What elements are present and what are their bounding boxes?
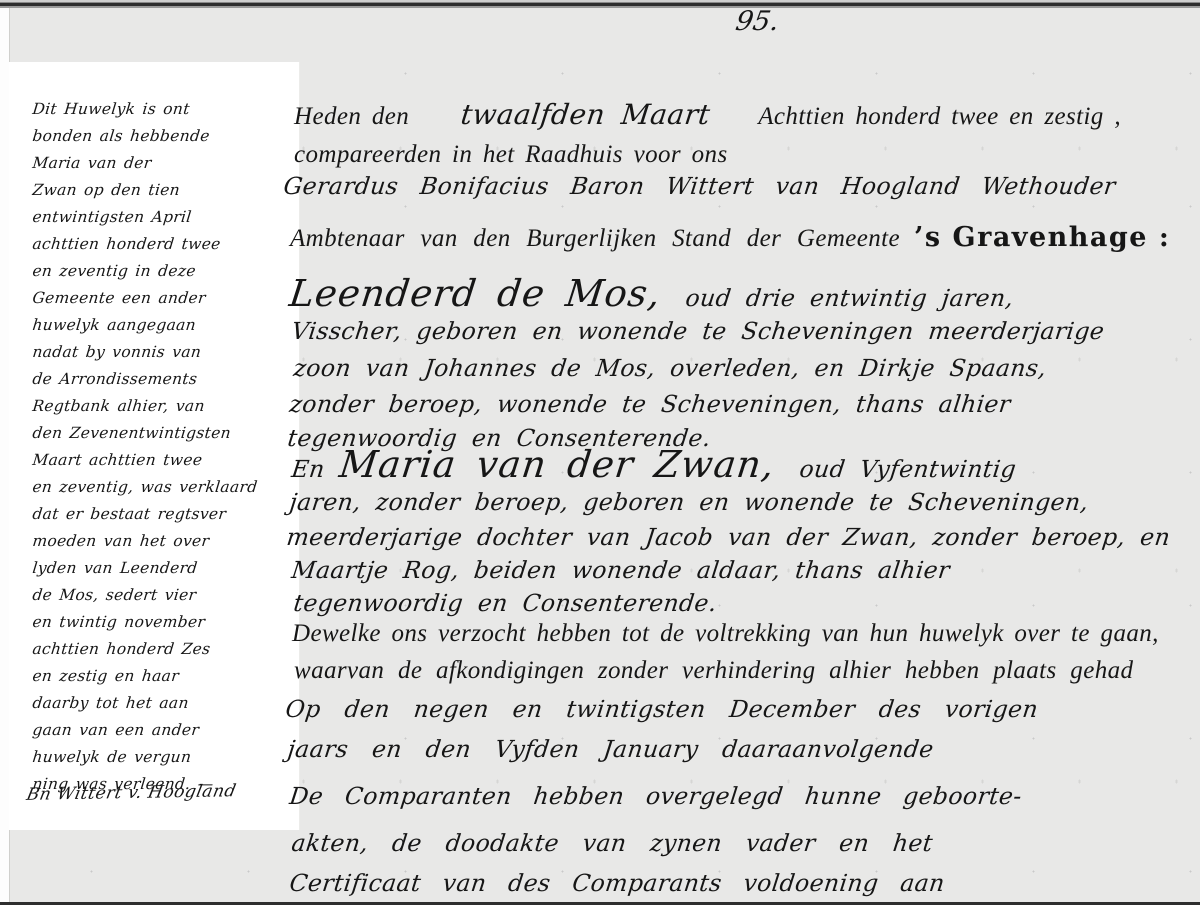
margin-note-line: en twintig november [31, 609, 294, 636]
banns-date-line: Op den negen en twintigsten December des… [284, 695, 1036, 723]
bride-detail-line: tegenwoordig en Consenterende. [292, 589, 715, 617]
margin-note-line: huwelyk aangegaan [31, 312, 294, 339]
bride-name-line: En Maria van der Zwan, oud Vyfentwintig [290, 443, 1014, 486]
margin-note-line: lyden van Leenderd [31, 555, 294, 582]
margin-note: Dit Huwelyk is ontbonden als hebbendeMar… [31, 96, 291, 798]
margin-note-paper: Dit Huwelyk is ontbonden als hebbendeMar… [9, 62, 300, 830]
groom-detail-line: Visscher, geboren en wonende te Scheveni… [290, 317, 1103, 345]
groom-detail-line: zonder beroep, wonende te Scheveningen, … [288, 390, 1009, 418]
printed-year: Achttien honderd twee en zestig , [758, 103, 1121, 131]
margin-note-line: Maria van der [31, 150, 294, 177]
margin-note-line: en zestig en haar [31, 663, 294, 690]
municipality-name: ’s Gravenhage : [914, 222, 1170, 253]
margin-note-line: nadat by vonnis van [31, 339, 294, 366]
margin-note-line: Gemeente een ander [31, 285, 294, 312]
scanned-marriage-record: 95. Dit Huwelyk is ontbonden als hebbend… [0, 0, 1200, 905]
margin-note-line: Dit Huwelyk is ont [31, 96, 294, 123]
documents-line: akten, de doodakte van zynen vader en he… [290, 829, 931, 857]
documents-line: De Comparanten hebben overgelegd hunne g… [288, 782, 1020, 810]
margin-note-line: huwelyk de vergun [31, 744, 294, 771]
margin-note-line: bonden als hebbende [31, 123, 294, 150]
request-printed-line: waarvan de afkondigingen zonder verhinde… [294, 657, 1133, 685]
bride-prefix: En [290, 455, 327, 483]
request-printed-line: Dewelke ons verzocht hebben tot de voltr… [292, 620, 1159, 648]
margin-note-line: Zwan op den tien [31, 177, 294, 204]
groom-name: Leenderd de Mos, [287, 272, 663, 315]
bride-age: oud Vyfentwintig [798, 455, 1018, 483]
margin-note-line: de Arrondissements [31, 366, 294, 393]
margin-note-line: den Zevenentwintigsten [31, 420, 294, 447]
margin-note-line: en zeventig, was verklaard [31, 474, 294, 501]
official-title: Ambtenaar van den Burgerlijken Stand der… [290, 225, 900, 253]
documents-line: Certificaat van des Comparants voldoenin… [288, 869, 943, 897]
bride-detail-line: jaren, zonder beroep, geboren en wonende… [288, 488, 1087, 516]
groom-age: oud drie entwintig jaren, [684, 284, 1015, 312]
margin-note-line: en zeventig in deze [31, 258, 294, 285]
margin-note-line: dat er bestaat regtsver [31, 501, 294, 528]
margin-note-line: achttien honderd Zes [31, 636, 294, 663]
margin-note-line: daarby tot het aan [31, 690, 294, 717]
banns-date-line: jaars en den Vyfden January daaraanvolge… [286, 735, 932, 763]
printed-heden-den: Heden den [294, 103, 409, 131]
official-title-line: Ambtenaar van den Burgerlijken Stand der… [290, 222, 1170, 253]
margin-note-line: achttien honderd twee [31, 231, 294, 258]
act-opening-line2: compareerden in het Raadhuis voor ons [294, 141, 728, 169]
page-number: 95. [734, 8, 782, 35]
act-opening-line1: Heden den twaalfden Maart Achttien honde… [294, 98, 1121, 131]
scan-top-edge [0, 0, 1200, 8]
margin-note-line: Regtbank alhier, van [31, 393, 294, 420]
margin-note-line: moeden van het over [31, 528, 294, 555]
bride-name: Maria van der Zwan, [337, 443, 777, 486]
groom-name-line: Leenderd de Mos, oud drie entwintig jare… [287, 272, 1012, 315]
bride-detail-line: Maartje Rog, beiden wonende aldaar, than… [290, 556, 948, 584]
official-name: Gerardus Bonifacius Baron Wittert van Ho… [282, 172, 1117, 200]
margin-note-line: entwintigsten April [31, 204, 294, 231]
margin-note-line: Maart achttien twee [31, 447, 294, 474]
margin-note-signature: Bn Wittert v. Hoogland [25, 783, 238, 804]
bride-detail-line: meerderjarige dochter van Jacob van der … [285, 523, 1169, 551]
groom-detail-line: zoon van Johannes de Mos, overleden, en … [292, 354, 1045, 382]
official-name-line: Gerardus Bonifacius Baron Wittert van Ho… [282, 172, 1114, 200]
margin-note-line: gaan van een ander [31, 717, 294, 744]
handwritten-date: twaalfden Maart [459, 98, 712, 131]
margin-note-line: de Mos, sedert vier [31, 582, 294, 609]
